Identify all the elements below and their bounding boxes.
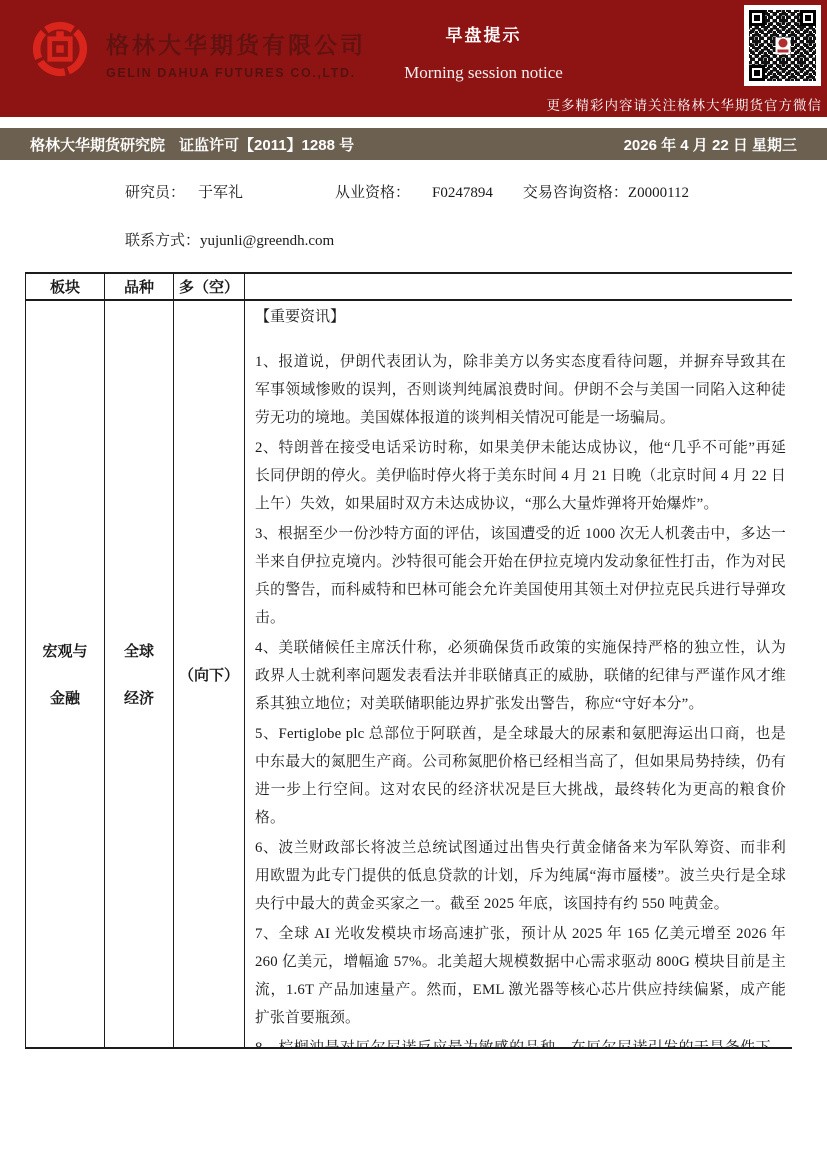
researcher-row: 研究员：于军礼从业资格：F0247894交易咨询资格：Z0000112 bbox=[125, 181, 827, 202]
wechat-note: 更多精彩内容请关注格林大华期货官方微信 bbox=[547, 94, 823, 114]
variety-cell: 全球 经济 bbox=[105, 301, 174, 1047]
variety-line: 经济 bbox=[124, 687, 154, 708]
researcher-role-label: 研究员： bbox=[125, 181, 185, 202]
news-item: 4、美联储候任主席沃什称，必须确保货币政策的实施保持严格的独立性，认为政界人士就… bbox=[255, 634, 786, 718]
notice-title-en: Morning session notice bbox=[376, 63, 591, 83]
cert-number: F0247894 bbox=[432, 185, 493, 202]
info-bar: 格林大华期货研究院证监许可【2011】1288 号 2026 年 4 月 22 … bbox=[0, 128, 827, 160]
table-row: 宏观与 金融 全球 经济 （向下） 【重要资讯】 1、报道说，伊朗代表团认为，除… bbox=[26, 301, 792, 1047]
direction-cell: （向下） bbox=[174, 301, 245, 1047]
news-item: 8、棕榈油是对厄尔尼诺反应最为敏感的品种。在厄尔尼诺引发的干旱条件下，油棕树开花… bbox=[255, 1034, 786, 1047]
institute-license: 格林大华期货研究院证监许可【2011】1288 号 bbox=[30, 134, 354, 155]
qr-finder-icon bbox=[749, 10, 765, 26]
company-logo-block: 格林大华期货有限公司 GELIN DAHUA FUTURES CO.,LTD. bbox=[32, 21, 366, 80]
news-item: 6、波兰财政部长将波兰总统试图通过出售央行黄金储备来为军队筹资、而非利用欧盟为此… bbox=[255, 834, 786, 918]
company-name-cn: 格林大华期货有限公司 bbox=[106, 27, 366, 60]
advisory-label: 交易咨询资格： bbox=[523, 181, 628, 202]
company-name-en: GELIN DAHUA FUTURES CO.,LTD. bbox=[106, 66, 366, 80]
header-sector: 板块 bbox=[26, 274, 105, 299]
news-item: 3、根据至少一份沙特方面的评估，该国遭受的近 1000 次无人机袭击中，多达一半… bbox=[255, 520, 786, 632]
news-item: 5、Fertiglobe plc 总部位于阿联酋，是全球最大的尿素和氨肥海运出口… bbox=[255, 720, 786, 832]
notice-title-block: 早盘提示 Morning session notice bbox=[376, 21, 591, 83]
qr-pattern bbox=[749, 10, 816, 81]
table-header-row: 板块 品种 多（空） bbox=[26, 274, 792, 301]
content-heading: 【重要资讯】 bbox=[255, 303, 786, 331]
sector-line: 宏观与 bbox=[42, 640, 87, 661]
content-cell: 【重要资讯】 1、报道说，伊朗代表团认为，除非美方以务实态度看待问题，并摒弃导致… bbox=[245, 301, 792, 1047]
report-table: 板块 品种 多（空） 宏观与 金融 全球 经济 （向下） 【重要资讯】 1、报道… bbox=[25, 272, 792, 1049]
company-names: 格林大华期货有限公司 GELIN DAHUA FUTURES CO.,LTD. bbox=[106, 21, 366, 80]
license-number: 证监许可【2011】1288 号 bbox=[179, 137, 354, 154]
notice-title-cn: 早盘提示 bbox=[376, 21, 591, 46]
report-date: 2026 年 4 月 22 日 星期三 bbox=[624, 134, 797, 155]
contact-row: 联系方式：yujunli@greendh.com bbox=[125, 229, 827, 250]
qr-finder-icon bbox=[800, 10, 816, 26]
news-item: 7、全球 AI 光收发模块市场高速扩张，预计从 2025 年 165 亿美元增至… bbox=[255, 920, 786, 1032]
researcher-name: 于军礼 bbox=[198, 181, 243, 202]
qr-center-logo-icon bbox=[775, 37, 790, 54]
cert-label: 从业资格： bbox=[335, 181, 410, 202]
banner-divider bbox=[0, 117, 827, 128]
variety-line: 全球 bbox=[124, 640, 154, 661]
header-variety: 品种 bbox=[105, 274, 174, 299]
header-direction: 多（空） bbox=[174, 274, 245, 299]
qr-finder-icon bbox=[749, 65, 765, 81]
contact-label: 联系方式： bbox=[125, 233, 200, 249]
contact-email: yujunli@greendh.com bbox=[200, 233, 334, 249]
news-item: 1、报道说，伊朗代表团认为，除非美方以务实态度看待问题，并摒弃导致其在军事领域惨… bbox=[255, 348, 786, 432]
morning-notice-page: 格林大华期货有限公司 GELIN DAHUA FUTURES CO.,LTD. … bbox=[0, 0, 827, 1169]
sector-line: 金融 bbox=[50, 687, 80, 708]
news-item: 2、特朗普在接受电话采访时称，如果美伊未能达成协议，他“几乎不可能”再延长同伊朗… bbox=[255, 434, 786, 518]
header-banner: 格林大华期货有限公司 GELIN DAHUA FUTURES CO.,LTD. … bbox=[0, 0, 827, 117]
institute-name: 格林大华期货研究院 bbox=[30, 137, 165, 154]
wechat-qr-code bbox=[744, 5, 821, 86]
advisory-number: Z0000112 bbox=[628, 185, 689, 202]
company-logo-icon bbox=[32, 21, 88, 77]
researcher-block: 研究员：于军礼从业资格：F0247894交易咨询资格：Z0000112 联系方式… bbox=[0, 160, 827, 250]
header-content bbox=[245, 274, 792, 299]
sector-cell: 宏观与 金融 bbox=[26, 301, 105, 1047]
